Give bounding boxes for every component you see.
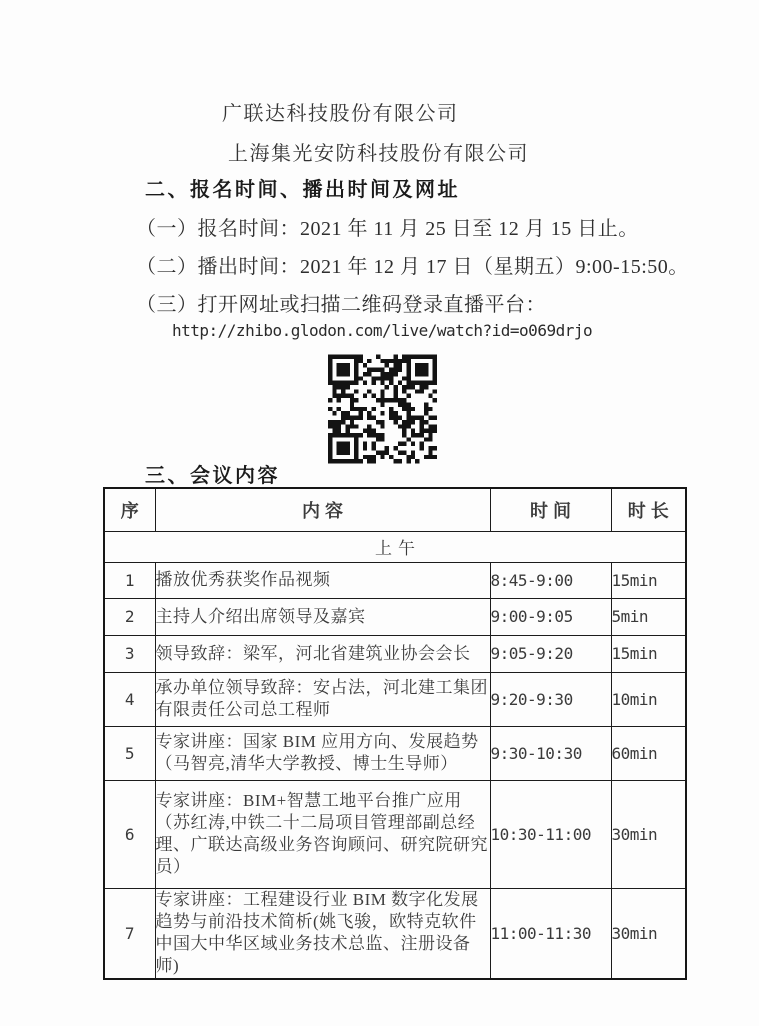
table-row: 1 播放优秀获奖作品视频 8:45-9:00 15min <box>104 562 686 598</box>
table-header-row: 序 内容 时间 时长 <box>104 488 686 531</box>
live-stream-url: http://zhibo.glodon.com/live/watch?id=o0… <box>172 321 592 340</box>
company-line-1: 广联达科技股份有限公司 <box>222 97 459 126</box>
row-time: 9:30-10:30 <box>490 726 611 780</box>
section3-heading: 三、会议内容 <box>145 459 280 488</box>
table-row: 2 主持人介绍出席领导及嘉宾 9:00-9:05 5min <box>104 598 686 635</box>
row-duration: 5min <box>611 598 686 635</box>
session-row: 上午 <box>104 531 686 562</box>
meeting-schedule-table: 序 内容 时间 时长 上午 1 播放优秀获奖作品视频 8:45-9:00 15m… <box>103 487 687 980</box>
row-duration: 60min <box>611 726 686 780</box>
registration-time-line: （一）报名时间：2021 年 11 月 25 日至 12 月 15 日止。 <box>136 212 639 241</box>
row-content: 领导致辞：梁军，河北省建筑业协会会长 <box>155 635 490 672</box>
company-line-2: 上海集光安防科技股份有限公司 <box>228 137 529 166</box>
table-row: 3 领导致辞：梁军，河北省建筑业协会会长 9:05-9:20 15min <box>104 635 686 672</box>
row-time: 10:30-11:00 <box>490 780 611 888</box>
row-no: 7 <box>104 888 155 979</box>
row-content: 播放优秀获奖作品视频 <box>155 562 490 598</box>
row-no: 4 <box>104 672 155 726</box>
header-time: 时间 <box>490 488 611 531</box>
row-duration: 10min <box>611 672 686 726</box>
table-row: 7 专家讲座：工程建设行业 BIM 数字化发展趋势与前沿技术简析(姚飞骏，欧特克… <box>104 888 686 979</box>
platform-instruction-line: （三）打开网址或扫描二维码登录直播平台： <box>136 288 546 317</box>
row-no: 1 <box>104 562 155 598</box>
broadcast-time-line: （二）播出时间：2021 年 12 月 17 日（星期五）9:00-15:50。 <box>136 250 689 279</box>
table-row: 5 专家讲座：国家 BIM 应用方向、发展趋势（马智亮,清华大学教授、博士生导师… <box>104 726 686 780</box>
qr-code-icon <box>328 353 437 465</box>
row-no: 6 <box>104 780 155 888</box>
row-content: 专家讲座：工程建设行业 BIM 数字化发展趋势与前沿技术简析(姚飞骏，欧特克软件… <box>155 888 490 979</box>
row-time: 8:45-9:00 <box>490 562 611 598</box>
section2-heading: 二、报名时间、播出时间及网址 <box>145 173 460 202</box>
table-row: 6 专家讲座：BIM+智慧工地平台推广应用（苏红涛,中铁二十二局项目管理部副总经… <box>104 780 686 888</box>
row-content: 专家讲座：国家 BIM 应用方向、发展趋势（马智亮,清华大学教授、博士生导师） <box>155 726 490 780</box>
document-page: 广联达科技股份有限公司 上海集光安防科技股份有限公司 二、报名时间、播出时间及网… <box>0 0 759 1026</box>
row-time: 11:00-11:30 <box>490 888 611 979</box>
session-label: 上午 <box>104 531 686 562</box>
row-no: 3 <box>104 635 155 672</box>
header-content: 内容 <box>155 488 490 531</box>
row-content: 主持人介绍出席领导及嘉宾 <box>155 598 490 635</box>
row-no: 2 <box>104 598 155 635</box>
row-duration: 30min <box>611 780 686 888</box>
row-content: 承办单位领导致辞：安占法，河北建工集团有限责任公司总工程师 <box>155 672 490 726</box>
header-no: 序 <box>104 488 155 531</box>
header-duration: 时长 <box>611 488 686 531</box>
row-content: 专家讲座：BIM+智慧工地平台推广应用（苏红涛,中铁二十二局项目管理部副总经理、… <box>155 780 490 888</box>
row-no: 5 <box>104 726 155 780</box>
row-time: 9:05-9:20 <box>490 635 611 672</box>
row-duration: 15min <box>611 562 686 598</box>
row-time: 9:20-9:30 <box>490 672 611 726</box>
row-duration: 30min <box>611 888 686 979</box>
row-time: 9:00-9:05 <box>490 598 611 635</box>
table-row: 4 承办单位领导致辞：安占法，河北建工集团有限责任公司总工程师 9:20-9:3… <box>104 672 686 726</box>
row-duration: 15min <box>611 635 686 672</box>
